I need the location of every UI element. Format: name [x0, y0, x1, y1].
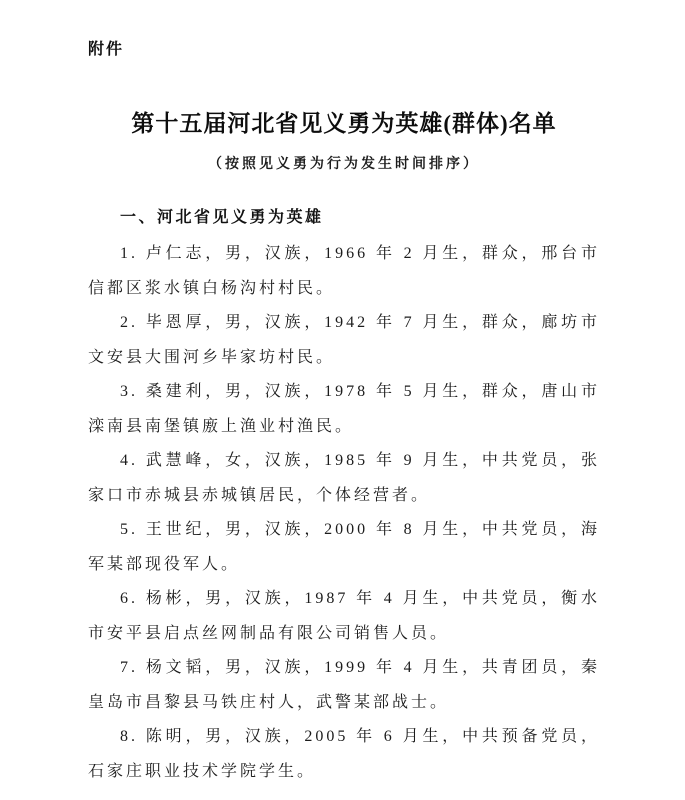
document-page: 附件 第十五届河北省见义勇为英雄(群体)名单 （按照见义勇为行为发生时间排序） …: [0, 0, 685, 800]
list-entry-5: 5. 王世纪，男，汉族，2000 年 8 月生，中共党员，海军某部现役军人。: [88, 513, 600, 582]
list-entry-2: 2. 毕恩厚，男，汉族，1942 年 7 月生，群众，廊坊市文安县大围河乡毕家坊…: [88, 306, 600, 375]
list-entry-6: 6. 杨彬，男，汉族，1987 年 4 月生，中共党员，衡水市安平县启点丝网制品…: [88, 582, 600, 651]
list-entry-8: 8. 陈明，男，汉族，2005 年 6 月生，中共预备党员，石家庄职业技术学院学…: [88, 720, 600, 789]
list-entry-3: 3. 桑建利，男，汉族，1978 年 5 月生，群众，唐山市滦南县南堡镇廒上渔业…: [88, 375, 600, 444]
list-entry-1: 1. 卢仁志，男，汉族，1966 年 2 月生，群众，邢台市信都区浆水镇白杨沟村…: [88, 237, 600, 306]
section-heading: 一、河北省见义勇为英雄: [120, 207, 600, 229]
list-entry-7: 7. 杨文韬，男，汉族，1999 年 4 月生，共青团员，秦皇岛市昌黎县马铁庄村…: [88, 651, 600, 720]
attachment-label: 附件: [88, 36, 600, 59]
document-title: 第十五届河北省见义勇为英雄(群体)名单: [88, 109, 600, 139]
list-entry-4: 4. 武慧峰，女，汉族，1985 年 9 月生，中共党员，张家口市赤城县赤城镇居…: [88, 444, 600, 513]
document-subtitle: （按照见义勇为行为发生时间排序）: [88, 153, 600, 173]
hero-list: 1. 卢仁志，男，汉族，1966 年 2 月生，群众，邢台市信都区浆水镇白杨沟村…: [88, 237, 600, 789]
